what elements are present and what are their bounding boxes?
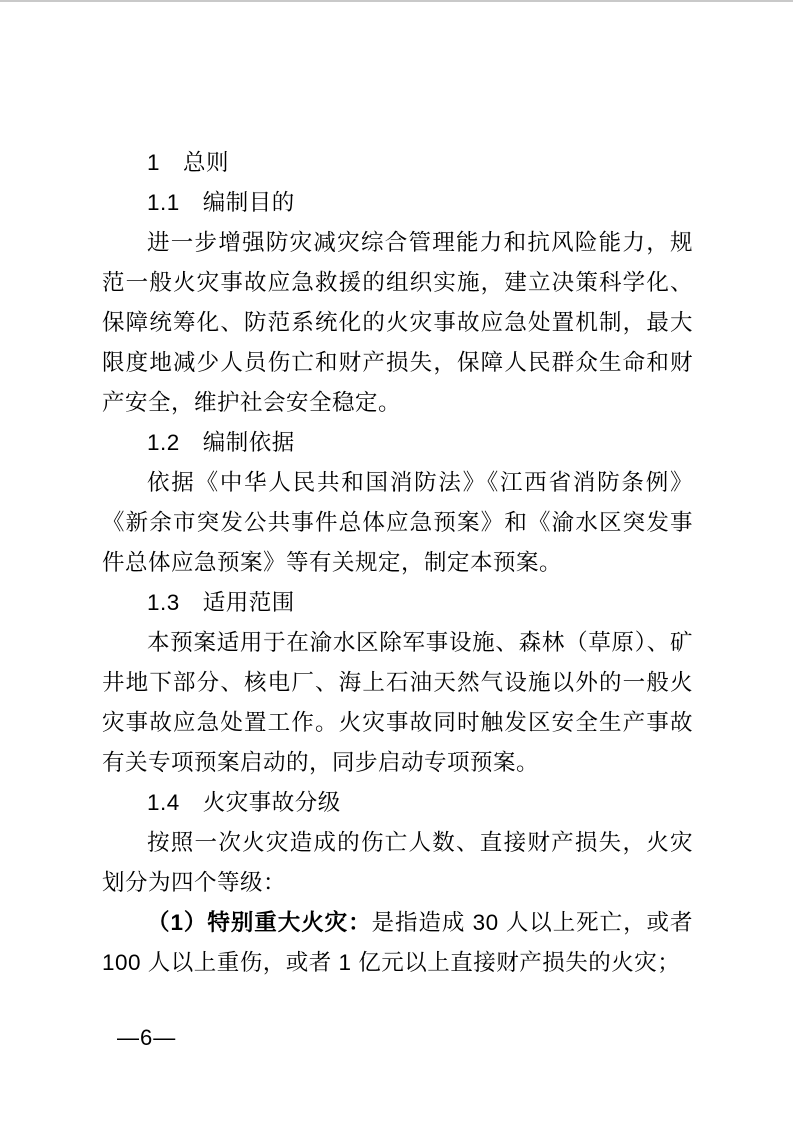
document-paragraph: 本预案适用于在渝水区除军事设施、森林（草原）、矿井地下部分、核电厂、海上石油天然… [102,623,693,783]
paragraph-bold-lead: （1）特别重大火灾： [147,910,372,935]
document-paragraph: 进一步增强防灾减灾综合管理能力和抗风险能力，规范一般火灾事故应急救援的组织实施，… [102,223,693,423]
document-paragraph: 按照一次火灾造成的伤亡人数、直接财产损失，火灾划分为四个等级： [102,823,693,903]
section-heading: 1.1 编制目的 [102,183,693,223]
section-heading: 1 总则 [102,143,693,183]
document-paragraph: 依据《中华人民共和国消防法》《江西省消防条例》《新余市突发公共事件总体应急预案》… [102,463,693,583]
document-paragraph: （1）特别重大火灾：是指造成 30 人以上死亡，或者 100 人以上重伤，或者 … [102,903,693,983]
section-heading: 1.3 适用范围 [102,583,693,623]
section-heading: 1.2 编制依据 [102,423,693,463]
page-number: —6— [117,1024,176,1052]
document-page: 1 总则1.1 编制目的进一步增强防灾减灾综合管理能力和抗风险能力，规范一般火灾… [0,0,793,1122]
document-body: 1 总则1.1 编制目的进一步增强防灾减灾综合管理能力和抗风险能力，规范一般火灾… [102,143,693,983]
section-heading: 1.4 火灾事故分级 [102,783,693,823]
